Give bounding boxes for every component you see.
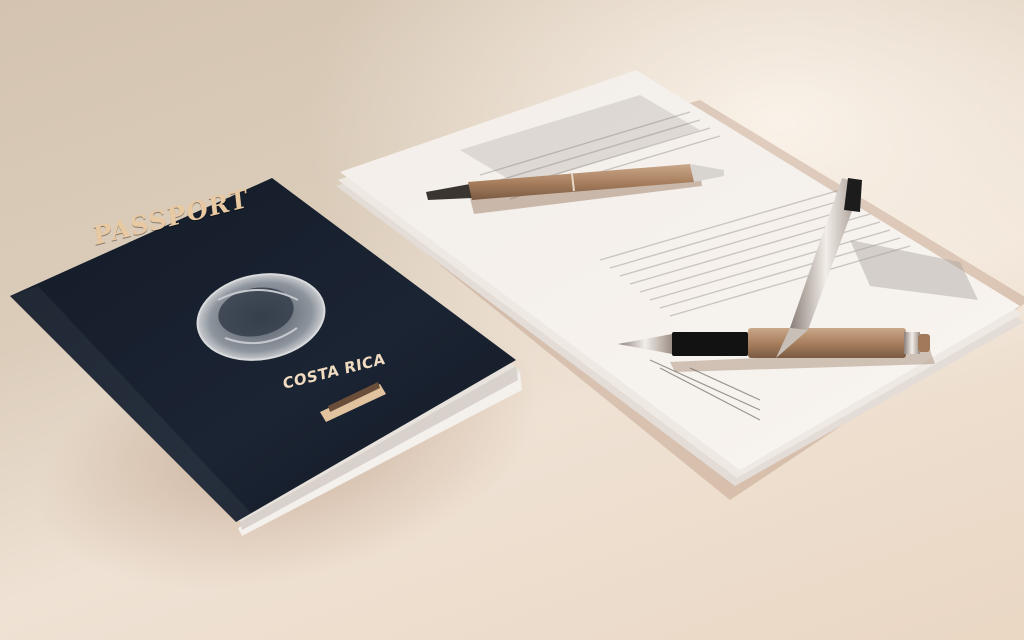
document-stack	[336, 70, 1024, 500]
desk-scene	[0, 0, 1024, 640]
